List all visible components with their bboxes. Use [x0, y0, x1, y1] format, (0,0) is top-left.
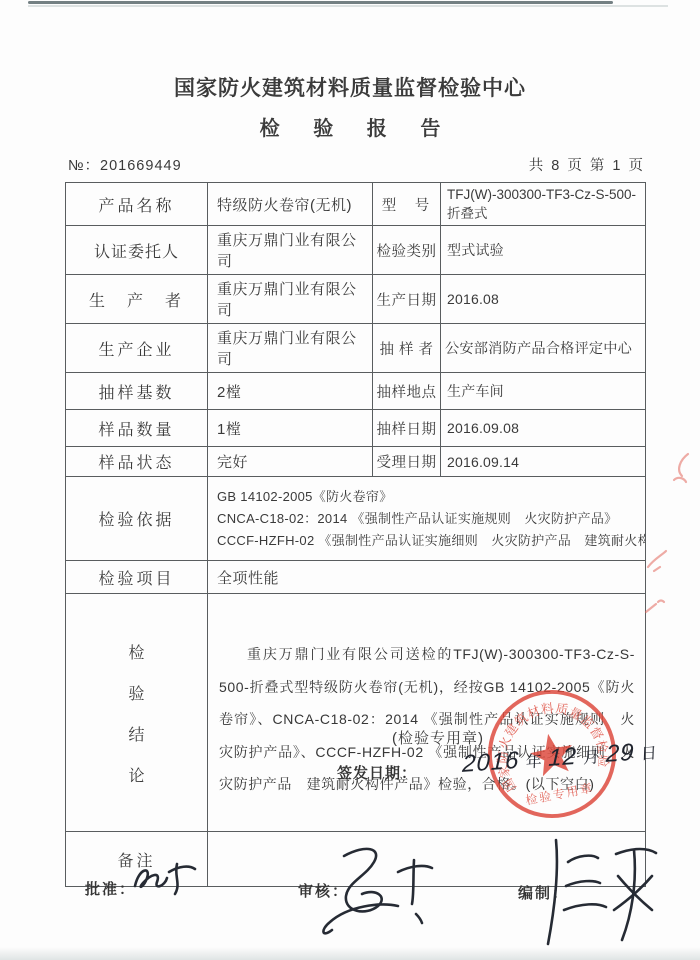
- sample-quantity-value: 1樘: [208, 410, 373, 447]
- conclusion-label-char: 检: [128, 640, 144, 663]
- sampling-location-label: 抽样地点: [373, 373, 441, 410]
- product-name-value: 特级防火卷帘(无机): [208, 183, 373, 226]
- report-number: №：201669449: [68, 154, 182, 175]
- items-value: 全项性能: [208, 561, 646, 594]
- acceptance-date-label: 受理日期: [373, 447, 441, 477]
- conclusion-label-char: 验: [128, 681, 144, 704]
- approval-signature: [127, 856, 205, 906]
- ink-bleed-mark: [668, 450, 694, 486]
- enterprise-label: 生产企业: [66, 324, 208, 373]
- sampling-location-value: 生产车间: [441, 373, 646, 410]
- conclusion-label-char: 论: [128, 763, 144, 786]
- sample-base-value: 2樘: [208, 373, 373, 410]
- issue-day-unit: 日: [641, 745, 658, 763]
- issue-day: 29: [605, 739, 635, 768]
- items-label: 检验项目: [66, 561, 208, 594]
- production-date-label: 生产日期: [373, 275, 441, 324]
- sample-condition-label: 样品状态: [66, 447, 208, 477]
- conclusion-label: 检 验 结 论: [66, 594, 208, 832]
- inspection-type-value: 型式试验: [441, 226, 646, 275]
- model-value: TFJ(W)-300300-TF3-Cz-S-500-折叠式: [441, 183, 646, 226]
- table-row: 样品数量 1樘 抽样日期 2016.09.08: [66, 410, 646, 447]
- stamp-bottom-text: 检验专用章: [524, 781, 595, 808]
- table-row: 抽样基数 2樘 抽样地点 生产车间: [66, 373, 646, 410]
- preparer-signature: [540, 832, 668, 954]
- org-title: 国家防火建筑材料质量监督检验中心: [0, 72, 700, 102]
- ink-bleed-mark: [644, 545, 670, 575]
- issue-month: 12: [548, 743, 578, 772]
- acceptance-date-value: 2016.09.14: [441, 447, 646, 477]
- conclusion-label-char: 结: [128, 722, 144, 745]
- issue-month-unit: 月: [583, 749, 600, 767]
- basis-line-2: CNCA-C18-02：2014 《强制性产品认证实施规则 火灾防护产品》: [217, 508, 641, 530]
- scan-artifact-top-shadow: [28, 5, 668, 7]
- table-row: 检验依据 GB 14102-2005《防火卷帘》 CNCA-C18-02：201…: [66, 477, 646, 561]
- basis-line-1: GB 14102-2005《防火卷帘》: [217, 486, 641, 508]
- table-row: 产品名称 特级防火卷帘(无机) 型 号 TFJ(W)-300300-TF3-Cz…: [66, 183, 646, 226]
- production-date-value: 2016.08: [441, 275, 646, 324]
- model-label: 型 号: [373, 183, 441, 226]
- product-name-label: 产品名称: [66, 183, 208, 226]
- ink-bleed-mark: [642, 594, 668, 618]
- basis-label: 检验依据: [66, 477, 208, 561]
- basis-line-3: CCCF-HZFH-02 《强制性产品认证实施细则 火灾防护产品 建筑耐火构件产…: [217, 530, 641, 552]
- report-title: 检 验 报 告: [0, 112, 700, 141]
- issue-year: 2016: [462, 747, 520, 778]
- issue-date-label: 签发日期：: [337, 762, 417, 783]
- enterprise-value: 重庆万鼎门业有限公司: [208, 324, 373, 373]
- sample-condition-value: 完好: [208, 447, 373, 477]
- scan-artifact-top: [28, 1, 613, 4]
- producer-label: 生 产 者: [66, 275, 208, 324]
- basis-value: GB 14102-2005《防火卷帘》 CNCA-C18-02：2014 《强制…: [208, 477, 646, 561]
- table-row: 生 产 者 重庆万鼎门业有限公司 生产日期 2016.08: [66, 275, 646, 324]
- sampling-date-value: 2016.09.08: [441, 410, 646, 447]
- table-row: 样品状态 完好 受理日期 2016.09.14: [66, 447, 646, 477]
- table-row: 认证委托人 重庆万鼎门业有限公司 检验类别 型式试验: [66, 226, 646, 275]
- sample-quantity-label: 样品数量: [66, 410, 208, 447]
- page-indicator: 共 8 页 第 1 页: [529, 154, 645, 175]
- inspection-type-label: 检验类别: [373, 226, 441, 275]
- sampler-value: 公安部消防产品合格评定中心: [441, 324, 646, 373]
- sampling-date-label: 抽样日期: [373, 410, 441, 447]
- inspection-report-page: 国家防火建筑材料质量监督检验中心 检 验 报 告 №：201669449 共 8…: [0, 0, 700, 960]
- stamp-note: (检验专用章): [392, 727, 484, 748]
- review-signature: [318, 838, 440, 948]
- applicant-value: 重庆万鼎门业有限公司: [208, 226, 373, 275]
- issue-year-unit: 年: [526, 753, 543, 771]
- table-row: 检验项目 全项性能: [66, 561, 646, 594]
- producer-value: 重庆万鼎门业有限公司: [208, 275, 373, 324]
- applicant-label: 认证委托人: [66, 226, 208, 275]
- sampler-label: 抽 样 者: [373, 324, 441, 373]
- sample-base-label: 抽样基数: [66, 373, 208, 410]
- table-row: 生产企业 重庆万鼎门业有限公司 抽 样 者 公安部消防产品合格评定中心: [66, 324, 646, 373]
